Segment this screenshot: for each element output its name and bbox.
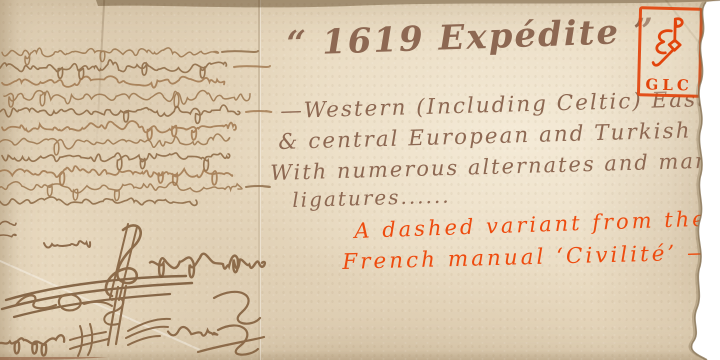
features-line-2: ligatures......: [292, 184, 451, 212]
stamp-label: GLC: [640, 75, 698, 94]
foundry-monogram-icon: [647, 12, 692, 69]
font-specimen: “ 1619 Expédite ” —Western (Including Ce…: [0, 0, 720, 360]
glc-foundry-stamp: GLC: [637, 6, 703, 98]
